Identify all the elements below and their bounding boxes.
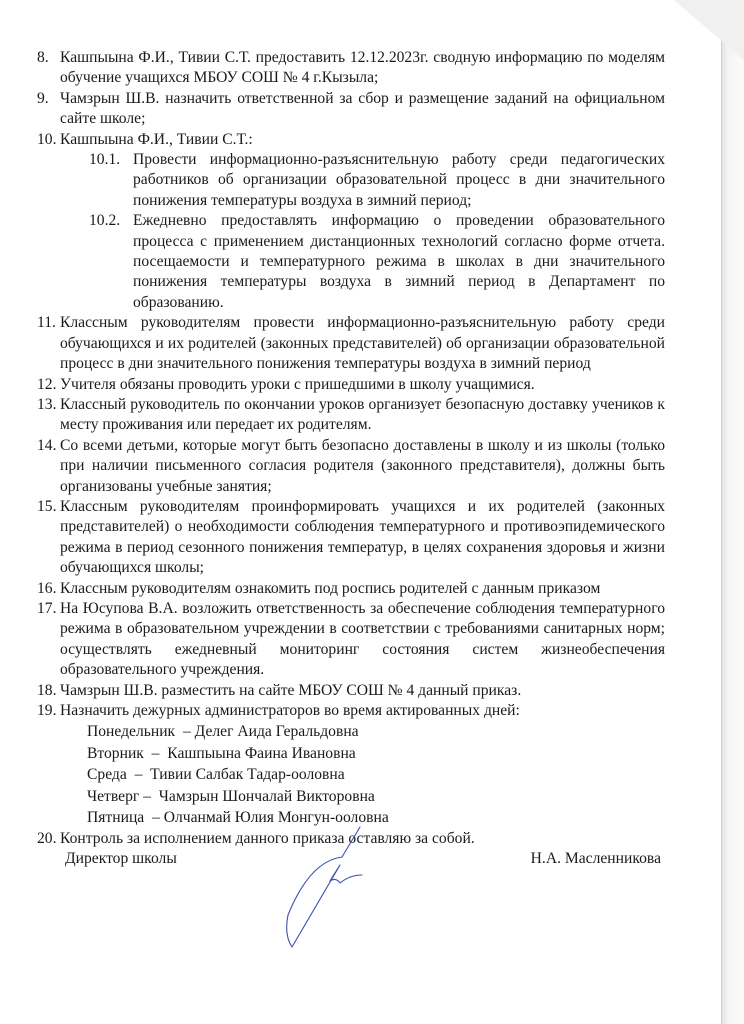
duty-name: Тивии Салбак Тадар-ооловна: [150, 766, 345, 783]
item-text: Классный руководитель по окончании уроко…: [60, 396, 665, 433]
order-item-10: 10. Кашпыына Ф.И., Тивии С.Т.:: [37, 130, 665, 150]
order-item-17: 17. На Юсупова В.А. возложить ответствен…: [37, 599, 665, 681]
duty-day: Вторник: [87, 745, 144, 762]
dash: –: [152, 745, 160, 762]
order-item-14: 14. Со всеми детьми, которые могут быть …: [37, 436, 665, 497]
item-text: Классным руководителям провести информац…: [60, 314, 665, 372]
dash: –: [152, 809, 160, 826]
handwritten-signature-icon: [270, 825, 400, 955]
item-text: Со всеми детьми, которые могут быть безо…: [60, 437, 665, 495]
item-number: 15.: [37, 497, 57, 517]
order-item-18: 18. Чамзрын Ш.В. разместить на сайте МБО…: [37, 681, 665, 701]
item-text: Контроль за исполнением данного приказа …: [60, 830, 475, 847]
item-number: 17.: [37, 599, 57, 619]
order-item-16: 16. Классным руководителям ознакомить по…: [37, 579, 665, 599]
duty-name: Олчанмай Юлия Монгун-ооловна: [164, 809, 389, 826]
signer-name: Н.А. Масленникова: [531, 850, 661, 868]
item-text: Классным руководителям ознакомить под ро…: [60, 580, 600, 597]
item-number: 16.: [37, 579, 57, 599]
item-text: Учителя обязаны проводить уроки с пришед…: [60, 376, 535, 393]
duty-name: Чамзрын Шончалай Викторовна: [159, 788, 375, 805]
order-item-15: 15. Классным руководителям проинформиров…: [37, 497, 665, 579]
item-text: Чамзрын Ш.В. назначить ответственной за …: [60, 90, 665, 127]
subitem-number: 10.2.: [89, 211, 120, 231]
item-number: 14.: [37, 436, 57, 456]
dash: –: [135, 766, 143, 783]
item-number: 20.: [37, 829, 57, 849]
item-text: Чамзрын Ш.В. разместить на сайте МБОУ СО…: [60, 682, 521, 699]
item-number: 10.: [37, 130, 57, 150]
item-number: 19.: [37, 701, 57, 721]
duty-day: Пятница: [87, 809, 144, 826]
signer-position: Директор школы: [65, 850, 177, 868]
order-subitem-10-1: 10.1. Провести информационно-разъяснител…: [89, 150, 665, 211]
duty-row-thursday: Четверг – Чамзрын Шончалай Викторовна: [87, 786, 665, 808]
item-number: 8.: [37, 48, 49, 68]
dash: –: [183, 723, 191, 740]
item-number: 13.: [37, 395, 57, 415]
duty-schedule: Понедельник – Делег Аида Геральдовна Вто…: [87, 721, 665, 829]
item-text: Назначить дежурных администраторов во вр…: [60, 702, 520, 719]
item-text: Классным руководителям проинформировать …: [60, 498, 665, 576]
scan-edge: [721, 0, 744, 1024]
duty-row-wednesday: Среда – Тивии Салбак Тадар-ооловна: [87, 764, 665, 786]
duty-name: Делег Аида Геральдовна: [195, 723, 359, 740]
item-text: Кашпыына Ф.И., Тивии С.Т. предоставить 1…: [60, 49, 665, 86]
subitem-text: Провести информационно-разъяснительную р…: [133, 151, 665, 209]
duty-row-monday: Понедельник – Делег Аида Геральдовна: [87, 721, 665, 743]
order-item-9: 9. Чамзрын Ш.В. назначить ответственной …: [37, 89, 665, 130]
duty-row-tuesday: Вторник – Кашпыына Фаина Ивановна: [87, 743, 665, 765]
order-item-11: 11. Классным руководителям провести инфо…: [37, 313, 665, 374]
subitem-text: Ежедневно предоставлять информацию о про…: [133, 212, 665, 311]
item-number: 9.: [37, 89, 49, 109]
folded-corner: [674, 0, 744, 60]
duty-day: Понедельник: [87, 723, 175, 740]
order-item-13: 13. Классный руководитель по окончании у…: [37, 395, 665, 436]
item-number: 12.: [37, 375, 57, 395]
duty-day: Среда: [87, 766, 127, 783]
subitem-number: 10.1.: [89, 150, 120, 170]
order-item-12: 12. Учителя обязаны проводить уроки с пр…: [37, 375, 665, 395]
duty-name: Кашпыына Фаина Ивановна: [167, 745, 355, 762]
item-number: 11.: [37, 313, 56, 333]
order-body: 8. Кашпыына Ф.И., Тивии С.Т. предоставит…: [37, 48, 665, 849]
item-text: Кашпыына Ф.И., Тивии С.Т.:: [60, 131, 253, 148]
item-text: На Юсупова В.А. возложить ответственност…: [60, 600, 665, 678]
order-item-19: 19. Назначить дежурных администраторов в…: [37, 701, 665, 721]
order-item-8: 8. Кашпыына Ф.И., Тивии С.Т. предоставит…: [37, 48, 665, 89]
duty-day: Четверг: [87, 788, 139, 805]
order-subitem-10-2: 10.2. Ежедневно предоставлять информацию…: [89, 211, 665, 313]
item-number: 18.: [37, 681, 57, 701]
dash: –: [143, 788, 151, 805]
